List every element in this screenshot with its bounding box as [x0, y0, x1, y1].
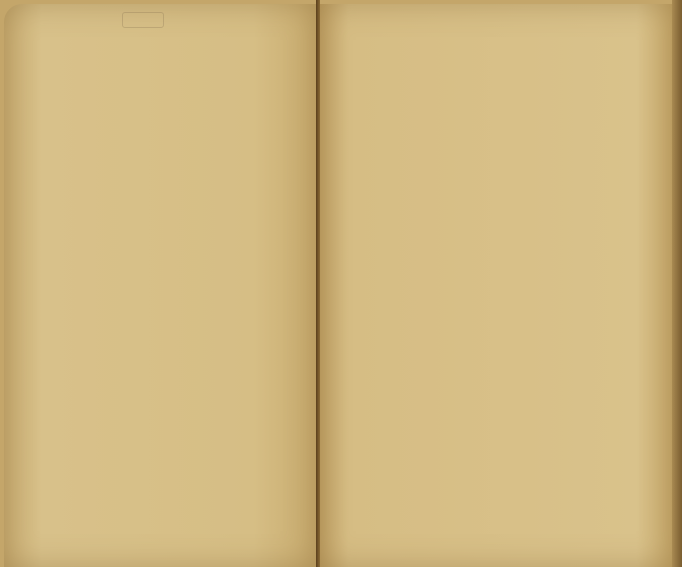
left-page: [4, 4, 316, 567]
right-page: [320, 4, 672, 567]
open-register-book: [0, 0, 682, 567]
page-edge: [672, 0, 682, 567]
faded-stamp: [122, 12, 164, 28]
